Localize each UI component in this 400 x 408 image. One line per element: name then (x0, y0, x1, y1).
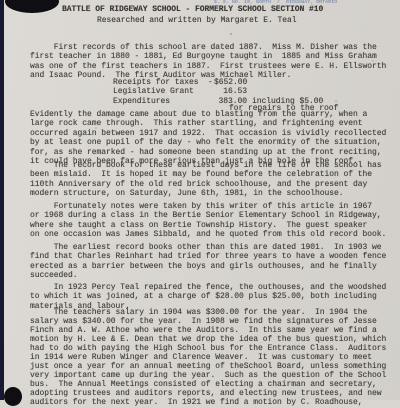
paragraph-record-book-mislaid: The record book for these earliest days … (30, 161, 382, 199)
ledger-label: Receipts for taxes - (113, 78, 214, 87)
ledger-amount: 16.53 (214, 87, 247, 96)
paragraph-first-records: First records of this school are dated 1… (30, 43, 386, 81)
scan-binding-edge (0, 0, 4, 400)
ledger-row-grant: Legislative Grant16.53 (113, 87, 323, 96)
scan-speck (335, 100, 337, 102)
scan-speck (230, 33, 232, 35)
finance-ledger: Receipts for taxes -$652.00 Legislative … (113, 78, 323, 106)
ledger-label: Legislative Grant (113, 87, 214, 96)
byline: Researched and written by Margaret E. Te… (97, 16, 297, 25)
paragraph-quarry-blasting: Evidently the damage came about due to b… (30, 110, 386, 166)
ledger-amount: $652.00 (214, 78, 247, 87)
punch-hole-bottom-icon (4, 387, 22, 400)
paragraph-teachers-salary: The teachers salary in 1904 was $300.00 … (30, 308, 386, 400)
ledger-row-receipts: Receipts for taxes -$652.00 (113, 78, 323, 87)
document-title: BATTLE OF RIDGEWAY SCHOOL - FORMERLY SCH… (62, 5, 323, 14)
scan-speck (95, 127, 97, 129)
scanned-document-page: S. S. NO. 10, NORTH / RIDGEWAY, ONTARIO … (0, 0, 400, 400)
scan-speck (205, 162, 207, 164)
paragraph-writer-notes: Fortunately notes were taken by this wri… (30, 202, 386, 240)
paragraph-earliest-record-books: The earliest record books other than thi… (30, 243, 386, 281)
paragraph-percy-teal-repairs: In 1923 Percy Teal repaired the fence, t… (30, 283, 386, 311)
scan-speck (372, 60, 374, 62)
ledger-label: Expenditures (113, 97, 214, 106)
punch-hole-top-icon (5, 0, 59, 13)
